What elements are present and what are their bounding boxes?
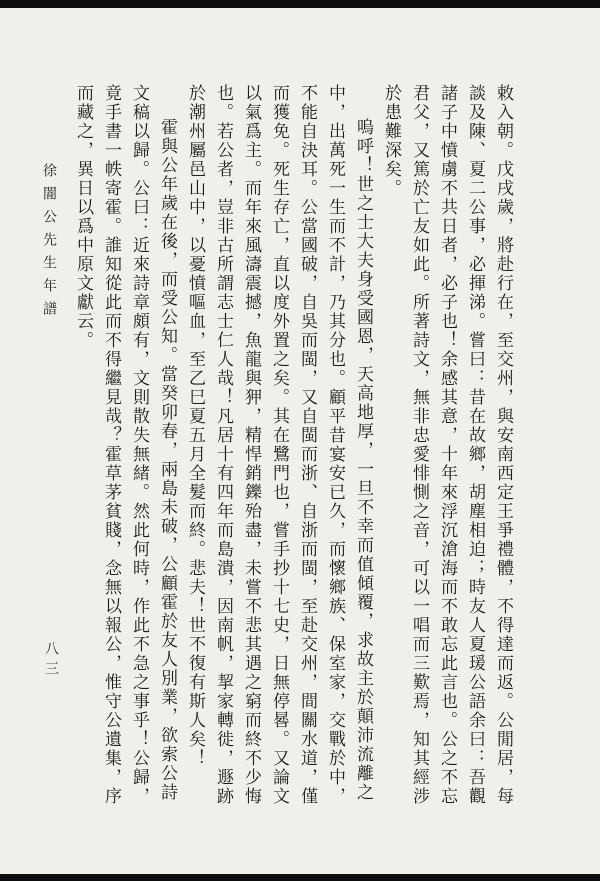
book-page: 敕入朝。戊戌歲，將赴行在，至交州，與安南西定王爭禮體，不得達而返。公閒居，每談及… bbox=[0, 0, 600, 881]
book-title-side-label: 徐闇公先生年譜 bbox=[38, 163, 58, 324]
main-text-block: 敕入朝。戊戌歲，將赴行在，至交州，與安南西定王爭禮體，不得達而返。公閒居，每談及… bbox=[69, 84, 517, 806]
paragraph-3: 霍與公年歲在後，而受公知。當癸卯春，兩島未破，公顧霍於友人別業，欲索公詩文稿以歸… bbox=[69, 84, 181, 806]
scan-edge-bottom bbox=[0, 874, 600, 881]
paragraph-1: 敕入朝。戊戌歲，將赴行在，至交州，與安南西定王爭禮體，不得達而返。公閒居，每談及… bbox=[377, 84, 517, 806]
scan-edge-top bbox=[0, 0, 600, 8]
paragraph-2: 嗚呼！世之士大夫身受國恩，天高地厚，一旦不幸而值傾覆，求故主於顛沛流離之中，出萬… bbox=[181, 84, 377, 806]
page-number: 八三 bbox=[40, 641, 60, 681]
